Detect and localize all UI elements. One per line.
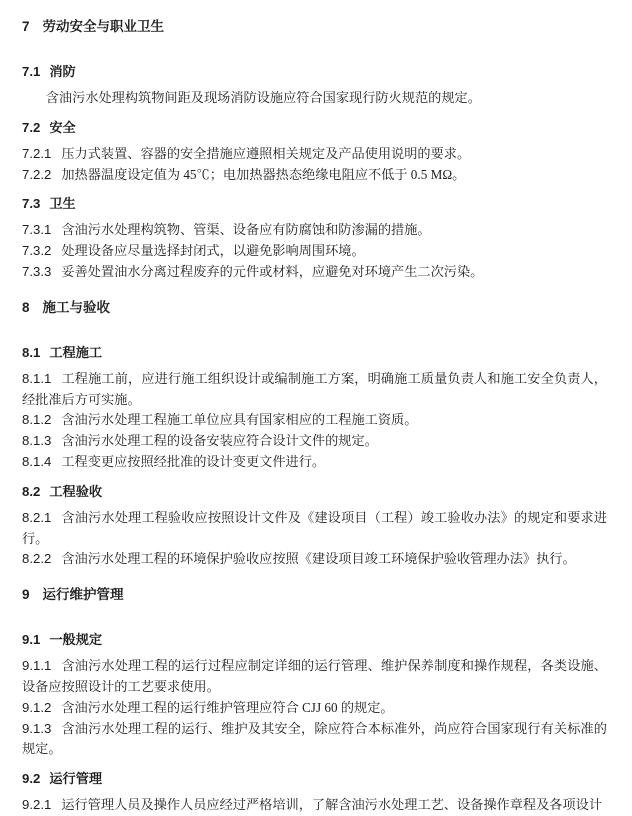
clause-text: 含油污水处理构筑物、管渠、设备应有防腐蚀和防渗漏的措施。	[61, 222, 430, 237]
clause-number: 7.3.1	[22, 222, 51, 237]
clause-number: 8.1.2	[22, 412, 51, 427]
section-7-2-heading: 7.2安全	[22, 119, 607, 136]
section-number: 7.2	[22, 120, 40, 135]
clause-7-2-1: 7.2.1压力式装置、容器的安全措施应遵照相关规定及产品使用说明的要求。	[22, 144, 607, 165]
section-title-text: 安全	[49, 120, 75, 135]
chapter-number: 7	[22, 19, 30, 34]
chapter-7-heading: 7劳动安全与职业卫生	[22, 18, 607, 35]
document-page: 7劳动安全与职业卫生 7.1消防 含油污水处理构筑物间距及现场消防设施应符合国家…	[0, 0, 632, 816]
chapter-title-text: 施工与验收	[43, 300, 111, 315]
clause-number: 8.2.1	[22, 510, 51, 525]
section-8-2-heading: 8.2工程验收	[22, 483, 607, 500]
section-title-text: 工程施工	[49, 345, 102, 360]
clause-text: 运行管理人员及操作人员应经过严格培训，了解含油污水处理工艺、设备操作章程及各项设…	[61, 797, 602, 812]
clause-7-3-1: 7.3.1含油污水处理构筑物、管渠、设备应有防腐蚀和防渗漏的措施。	[22, 220, 607, 241]
clause-text: 含油污水处理工程的运行、维护及其安全，除应符合本标准外，尚应符合国家现行有关标准…	[22, 721, 607, 757]
clause-8-1-4: 8.1.4工程变更应按照经批准的设计变更文件进行。	[22, 452, 607, 473]
clause-8-2-2: 8.2.2含油污水处理工程的环境保护验收应按照《建设项目竣工环境保护验收管理办法…	[22, 549, 607, 570]
section-8-1-heading: 8.1工程施工	[22, 344, 607, 361]
clause-7-3-3: 7.3.3妥善处置油水分离过程废弃的元件或材料，应避免对环境产生二次污染。	[22, 262, 607, 283]
chapter-number: 8	[22, 300, 30, 315]
chapter-9-heading: 9运行维护管理	[22, 586, 607, 603]
clause-9-1-3: 9.1.3含油污水处理工程的运行、维护及其安全，除应符合本标准外，尚应符合国家现…	[22, 719, 607, 761]
clause-text: 含油污水处理工程的环境保护验收应按照《建设项目竣工环境保护验收管理办法》执行。	[61, 551, 575, 566]
section-7-3-heading: 7.3卫生	[22, 195, 607, 212]
section-9-1-heading: 9.1一般规定	[22, 631, 607, 648]
clause-number: 7.3.2	[22, 243, 51, 258]
clause-number: 7.2.2	[22, 167, 51, 182]
section-7-1-heading: 7.1消防	[22, 63, 607, 80]
clause-text: 压力式装置、容器的安全措施应遵照相关规定及产品使用说明的要求。	[61, 146, 470, 161]
clause-number: 9.1.1	[22, 658, 51, 673]
clause-7-1-paragraph: 含油污水处理构筑物间距及现场消防设施应符合国家现行防火规范的规定。	[22, 88, 607, 109]
clause-number: 7.3.3	[22, 264, 51, 279]
section-number: 7.3	[22, 196, 40, 211]
section-number: 9.1	[22, 632, 40, 647]
chapter-number: 9	[22, 587, 30, 602]
section-number: 9.2	[22, 771, 40, 786]
clause-text: 含油污水处理构筑物间距及现场消防设施应符合国家现行防火规范的规定。	[46, 90, 481, 105]
section-9-2-heading: 9.2运行管理	[22, 770, 607, 787]
clause-9-2-1: 9.2.1运行管理人员及操作人员应经过严格培训，了解含油污水处理工艺、设备操作章…	[22, 795, 607, 816]
clause-text: 含油污水处理工程的运行维护管理应符合 CJJ 60 的规定。	[61, 700, 393, 715]
clause-text: 处理设备应尽量选择封闭式，以避免影响周围环境。	[61, 243, 364, 258]
section-title-text: 运行管理	[49, 771, 102, 786]
section-number: 8.2	[22, 484, 40, 499]
section-number: 8.1	[22, 345, 40, 360]
clause-7-2-2: 7.2.2加热器温度设定值为 45℃；电加热器热态绝缘电阻应不低于 0.5 MΩ…	[22, 165, 607, 186]
clause-9-1-1: 9.1.1含油污水处理工程的运行过程应制定详细的运行管理、维护保养制度和操作规程…	[22, 656, 607, 698]
clause-8-1-3: 8.1.3含油污水处理工程的设备安装应符合设计文件的规定。	[22, 431, 607, 452]
clause-number: 8.1.4	[22, 454, 51, 469]
clause-text: 含油污水处理工程施工单位应具有国家相应的工程施工资质。	[61, 412, 417, 427]
clause-text: 含油污水处理工程的运行过程应制定详细的运行管理、维护保养制度和操作规程，各类设施…	[22, 658, 607, 694]
clause-text: 妥善处置油水分离过程废弃的元件或材料，应避免对环境产生二次污染。	[61, 264, 483, 279]
chapter-8-heading: 8施工与验收	[22, 299, 607, 316]
clause-text: 工程施工前，应进行施工组织设计或编制施工方案，明确施工质量负责人和施工安全负责人…	[22, 371, 607, 407]
clause-text: 含油污水处理工程的设备安装应符合设计文件的规定。	[61, 433, 378, 448]
clause-8-2-1: 8.2.1含油污水处理工程验收应按照设计文件及《建设项目（工程）竣工验收办法》的…	[22, 508, 607, 550]
clause-text: 工程变更应按照经批准的设计变更文件进行。	[61, 454, 325, 469]
clause-text: 含油污水处理工程验收应按照设计文件及《建设项目（工程）竣工验收办法》的规定和要求…	[22, 510, 607, 546]
clause-8-1-1: 8.1.1工程施工前，应进行施工组织设计或编制施工方案，明确施工质量负责人和施工…	[22, 369, 607, 411]
clause-number: 9.1.2	[22, 700, 51, 715]
clause-7-3-2: 7.3.2处理设备应尽量选择封闭式，以避免影响周围环境。	[22, 241, 607, 262]
section-title-text: 消防	[49, 64, 75, 79]
clause-8-1-2: 8.1.2含油污水处理工程施工单位应具有国家相应的工程施工资质。	[22, 410, 607, 431]
clause-text: 加热器温度设定值为 45℃；电加热器热态绝缘电阻应不低于 0.5 MΩ。	[61, 167, 465, 182]
section-title-text: 工程验收	[49, 484, 102, 499]
clause-number: 9.2.1	[22, 797, 51, 812]
chapter-title-text: 劳动安全与职业卫生	[43, 19, 165, 34]
chapter-title-text: 运行维护管理	[43, 587, 124, 602]
clause-number: 9.1.3	[22, 721, 51, 736]
clause-number: 8.1.3	[22, 433, 51, 448]
section-title-text: 一般规定	[49, 632, 102, 647]
clause-number: 7.2.1	[22, 146, 51, 161]
section-number: 7.1	[22, 64, 40, 79]
clause-number: 8.2.2	[22, 551, 51, 566]
clause-number: 8.1.1	[22, 371, 51, 386]
clause-9-1-2: 9.1.2含油污水处理工程的运行维护管理应符合 CJJ 60 的规定。	[22, 698, 607, 719]
section-title-text: 卫生	[49, 196, 75, 211]
